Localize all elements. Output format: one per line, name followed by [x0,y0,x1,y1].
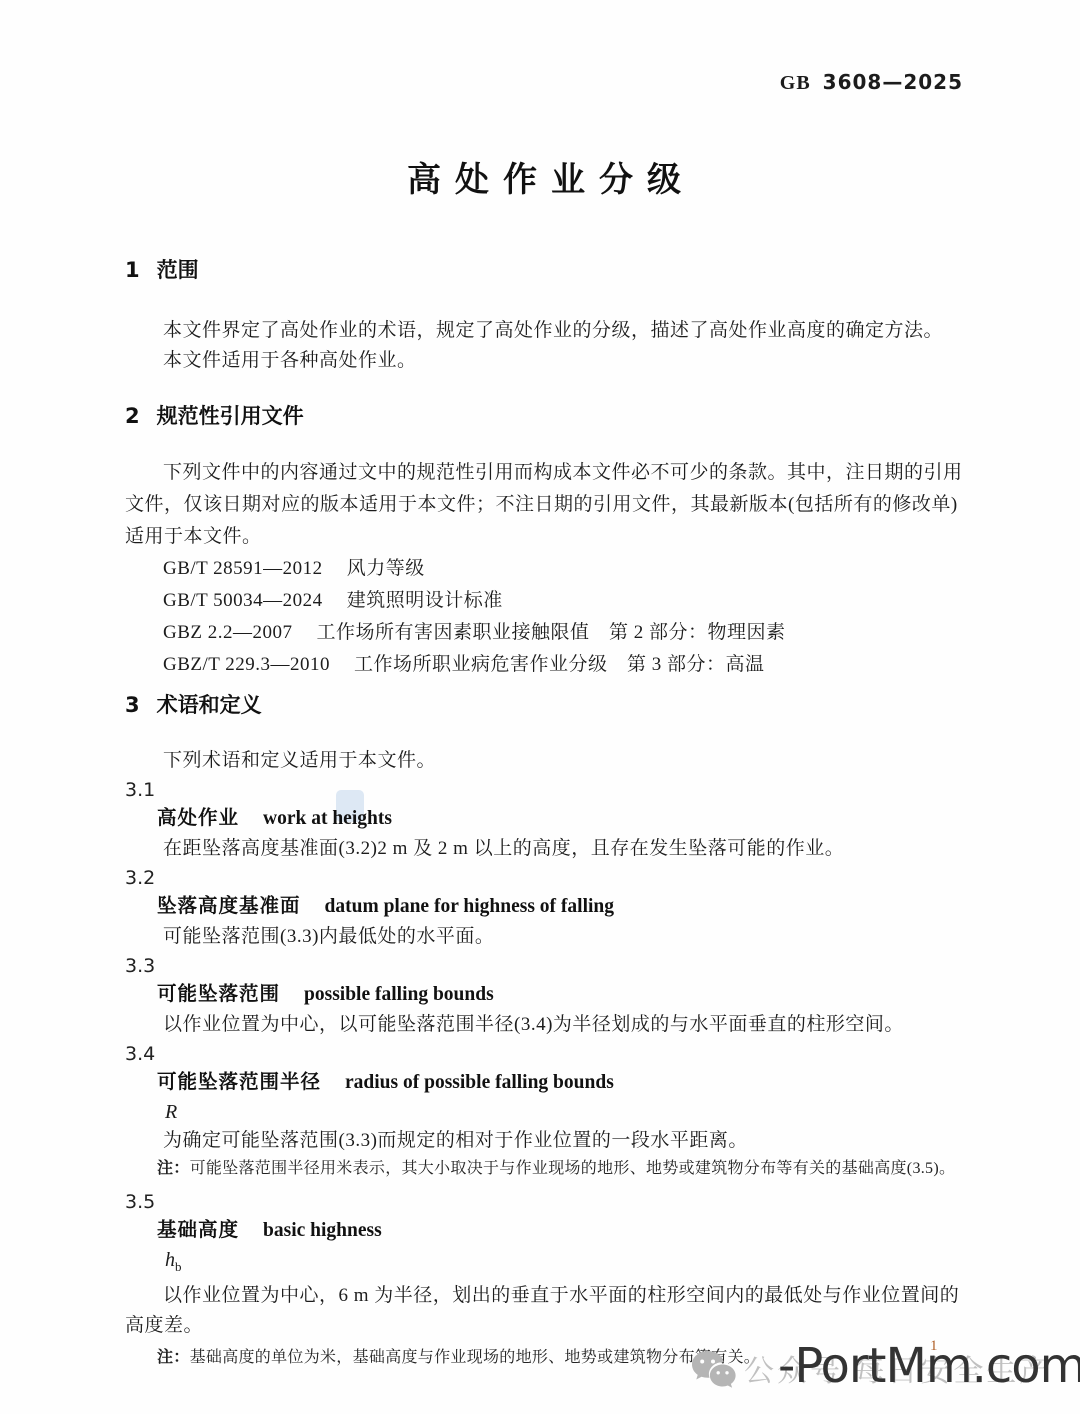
term-definition: 可能坠落范围(3.3)内最低处的水平面。 [125,922,963,952]
term-zh: 可能坠落范围 [157,983,280,1005]
term-number: 3.3 [125,952,963,980]
term-en: basic highness [263,1220,382,1241]
term-symbol: hb [125,1246,963,1281]
wechat-icon [690,1348,738,1394]
reference-code: GB/T 28591—2012 [163,558,323,579]
term-zh: 可能坠落范围半径 [157,1071,321,1093]
normative-reference-list: GB/T 28591—2012风力等级 GB/T 50034—2024建筑照明设… [125,553,963,681]
term-note: 注：可能坠落范围半径用米表示，其大小取决于与作业现场的地形、地势或建筑物分布等有… [125,1156,963,1182]
watermark-overlay-text: -PortMm.com- [778,1338,1080,1394]
term-3-4: 3.4 可能坠落范围半径 radius of possible falling … [125,1040,963,1182]
section-1-heading: 1 范围 [125,258,963,283]
page-title: 高处作业分级 [125,160,963,200]
reference-name: 工作场所有害因素职业接触限值 第 2 部分：物理因素 [317,622,786,643]
section-1-number: 1 [125,258,140,282]
term-zh: 坠落高度基准面 [157,895,301,917]
section-3-title: 术语和定义 [157,694,262,718]
document-page: GB 3608—2025 高处作业分级 1 范围 本文件界定了高处作业的术语，规… [0,0,1080,1414]
reference-item: GBZ/T 229.3—2010工作场所职业病危害作业分级 第 3 部分：高温 [125,649,963,681]
reference-name: 工作场所职业病危害作业分级 第 3 部分：高温 [354,654,765,675]
section-2-intro: 下列文件中的内容通过文中的规范性引用而构成本文件必不可少的条款。其中，注日期的引… [125,457,963,553]
term-definition: 以作业位置为中心，以可能坠落范围半径(3.4)为半径划成的与水平面垂直的柱形空间… [125,1010,963,1040]
reference-name: 风力等级 [347,558,425,579]
term-zh: 基础高度 [157,1219,239,1241]
term-heading: 高处作业 work at heights [125,804,963,834]
reference-name: 建筑照明设计标准 [347,590,503,611]
reference-item: GB/T 50034—2024建筑照明设计标准 [125,585,963,617]
term-heading: 坠落高度基准面 datum plane for highness of fall… [125,892,963,922]
section-3-heading: 3 术语和定义 [125,693,963,718]
term-3-1: 3.1 高处作业 work at heights 在距坠落高度基准面(3.2)2… [125,776,963,864]
reference-code: GB/T 50034—2024 [163,590,323,611]
term-definition: 以作业位置为中心，6 m 为半径，划出的垂直于水平面的柱形空间内的最低处与作业位… [125,1281,963,1341]
note-label: 注： [157,1349,190,1366]
page-content: 高处作业分级 1 范围 本文件界定了高处作业的术语，规定了高处作业的分级，描述了… [125,0,963,1371]
section-2-number: 2 [125,404,140,428]
term-en: possible falling bounds [304,984,494,1005]
term-symbol: R [125,1098,963,1126]
term-heading: 可能坠落范围 possible falling bounds [125,980,963,1010]
section-1-paragraph-2: 本文件适用于各种高处作业。 [125,346,963,376]
term-number: 3.5 [125,1188,963,1216]
term-heading: 可能坠落范围半径 radius of possible falling boun… [125,1068,963,1098]
section-3-intro: 下列术语和定义适用于本文件。 [125,746,963,776]
section-2-title: 规范性引用文件 [157,405,304,429]
section-2-heading: 2 规范性引用文件 [125,404,963,429]
term-number: 3.2 [125,864,963,892]
section-1-paragraph-1: 本文件界定了高处作业的术语，规定了高处作业的分级，描述了高处作业高度的确定方法。 [125,316,963,346]
reference-code: GBZ 2.2—2007 [163,622,293,643]
term-definition: 在距坠落高度基准面(3.2)2 m 及 2 m 以上的高度，且存在发生坠落可能的… [125,834,963,864]
reference-code: GBZ/T 229.3—2010 [163,654,330,675]
term-zh: 高处作业 [157,807,239,829]
term-definition: 为确定可能坠落范围(3.3)而规定的相对于作业位置的一段水平距离。 [125,1126,963,1156]
note-text: 基础高度的单位为米，基础高度与作业现场的地形、地势或建筑物分布等有关。 [190,1349,761,1366]
term-en: datum plane for highness of falling [325,896,614,917]
page-number: 1 [930,1338,938,1355]
reference-item: GBZ 2.2—2007工作场所有害因素职业接触限值 第 2 部分：物理因素 [125,617,963,649]
term-number: 3.1 [125,776,963,804]
term-3-2: 3.2 坠落高度基准面 datum plane for highness of … [125,864,963,952]
section-3-number: 3 [125,693,140,717]
reference-item: GB/T 28591—2012风力等级 [125,553,963,585]
term-en: radius of possible falling bounds [345,1072,614,1093]
note-label: 注： [157,1160,190,1177]
term-en: work at heights [263,808,392,829]
section-1-title: 范围 [157,259,199,283]
symbol-subscript: b [175,1259,182,1274]
watermark: 公众号 每日安全生产 -PortMm.com- [690,1336,1076,1408]
term-heading: 基础高度 basic highness [125,1216,963,1246]
symbol-letter: h [165,1249,175,1271]
term-3-3: 3.3 可能坠落范围 possible falling bounds 以作业位置… [125,952,963,1040]
term-number: 3.4 [125,1040,963,1068]
note-text: 可能坠落范围半径用米表示，其大小取决于与作业现场的地形、地势或建筑物分布等有关的… [190,1160,956,1177]
